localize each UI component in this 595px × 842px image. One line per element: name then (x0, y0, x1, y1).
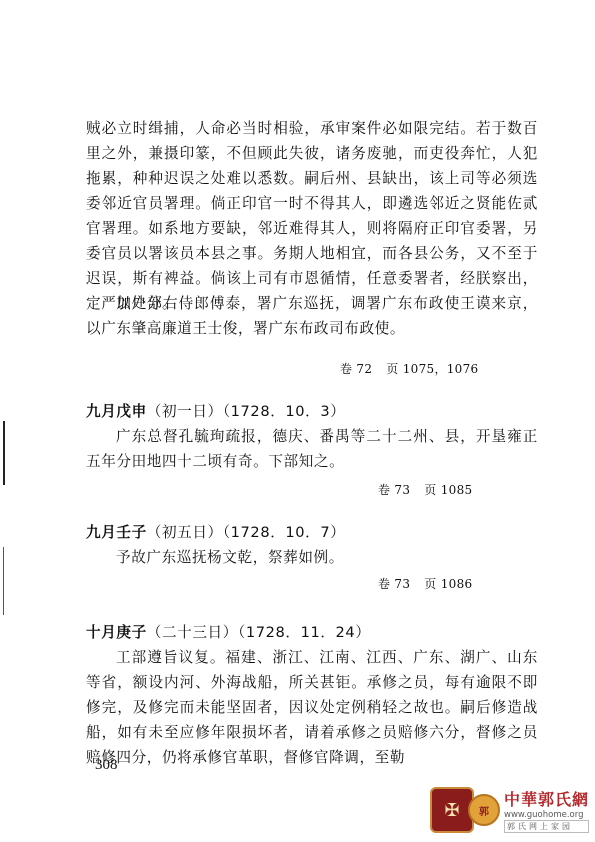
source-reference: 卷 72页 1075，1076 (340, 360, 493, 377)
volume-ref: 卷 73 (378, 577, 410, 591)
paragraph: 工部遵旨议复。福建、浙江、江南、江西、广东、湖广、山东等省，额设内河、外海战船，… (86, 645, 538, 770)
entry-lunar-day: （初五日） (147, 524, 223, 541)
volume-ref: 卷 72 (340, 362, 372, 376)
volume-ref: 卷 73 (378, 483, 410, 497)
source-reference: 卷 73页 1086 (378, 575, 486, 592)
watermark-url: www.guohome.org (504, 810, 589, 820)
scan-margin-mark (3, 421, 5, 485)
entry-lunar-day: （二十三日） (147, 624, 238, 641)
paragraph: 予故广东巡抚杨文乾，祭葬如例。 (86, 545, 538, 570)
page-ref: 页 1075，1076 (386, 362, 478, 376)
page-number: 308 (95, 757, 118, 774)
entry-western-date: （1728．11．24） (238, 624, 371, 641)
watermark-text: 中華郭氏網 www.guohome.org 郭氏网上家园 (504, 787, 589, 833)
book-page: 贼必立时缉捕，人命必当时相验，承审案件必如限完结。若于数百里之外，兼摄印篆，不但… (0, 0, 595, 842)
entry-date: 十月庚子 (86, 624, 147, 641)
entry-date: 九月壬子 (86, 524, 147, 541)
watermark-subtitle: 郭氏网上家园 (504, 820, 589, 833)
entry-lunar-day: （初一日） (147, 403, 223, 420)
scan-margin-mark (3, 547, 4, 615)
entry-heading: 十月庚子（二十三日）（1728．11．24） (86, 621, 371, 642)
watermark-title: 中華郭氏網 (504, 787, 589, 810)
entry-western-date: （1728．10．3） (223, 403, 346, 420)
paragraph: 广东总督孔毓珣疏报，德庆、番禺等二十二州、县，开垦雍正五年分田地四十二顷有奇。下… (86, 424, 538, 474)
entry-heading: 九月壬子（初五日）（1728．10．7） (86, 521, 345, 542)
entry-western-date: （1728．10．7） (223, 524, 346, 541)
seal-icon: 郭 (468, 794, 500, 826)
page-ref: 页 1085 (424, 483, 472, 497)
entry-heading: 九月戊申（初一日）（1728．10．3） (86, 400, 345, 421)
paragraph: 贼必立时缉捕，人命必当时相验，承审案件必如限完结。若于数百里之外，兼摄印篆，不但… (86, 116, 538, 316)
source-reference: 卷 73页 1085 (378, 481, 486, 498)
page-ref: 页 1086 (424, 577, 472, 591)
entry-date: 九月戊申 (86, 403, 147, 420)
watermark-logo: ✠ 郭 中華郭氏網 www.guohome.org 郭氏网上家园 (430, 785, 590, 835)
paragraph: 以户部右侍郎傅泰，署广东巡抚，调署广东布政使王谟来京，以广东肇高廉道王士俊，署广… (86, 291, 538, 341)
